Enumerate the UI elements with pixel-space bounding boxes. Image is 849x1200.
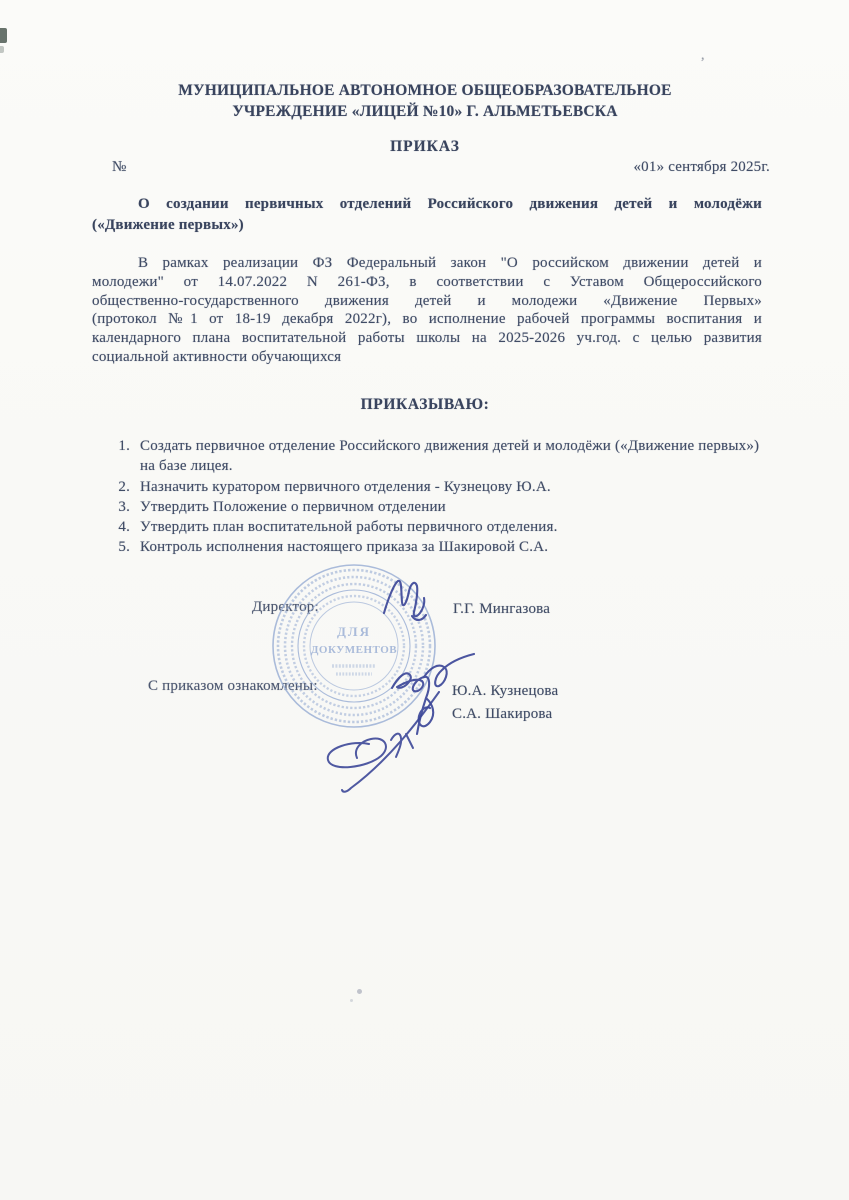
order-item-4: Утвердить план воспитательной работы пер… [134, 517, 764, 537]
director-handwritten-signature [381, 577, 437, 625]
scan-speck-small [350, 999, 353, 1002]
order-subject-line2: («Движение первых») [92, 215, 762, 236]
stamp-tiny-digits [332, 666, 376, 674]
preamble-line: В рамках реализации ФЗ Федеральный закон… [92, 254, 762, 273]
order-item-5: Контроль исполнения настоящего приказа з… [134, 537, 764, 557]
preamble-line: (протокол №1 от 18-19 декабря 2022г), во… [92, 310, 762, 329]
order-subject-line1: О создании первичных отделений Российско… [92, 194, 762, 215]
order-subject: О создании первичных отделений Российско… [92, 194, 762, 236]
preamble-line: общественно-государственного движения де… [92, 292, 762, 311]
preamble-line: социальной активности обучающихся [92, 348, 762, 367]
org-name-line2: УЧРЕЖДЕНИЕ «ЛИЦЕЙ №10» Г. АЛЬМЕТЬЕВСКА [90, 101, 760, 122]
order-number-label: № [112, 158, 127, 177]
scanned-order-document: , МУНИЦИПАЛЬНОЕ АВТОНОМНОЕ ОБЩЕОБРАЗОВАТ… [0, 0, 849, 1200]
order-items-list: Создать первичное отделение Российского … [102, 436, 764, 558]
preamble-line: молодежи" от 14.07.2022 N 261-ФЗ, в соот… [92, 273, 762, 292]
order-preamble: В рамках реализации ФЗ Федеральный закон… [92, 254, 762, 367]
org-name-line1: МУНИЦИПАЛЬНОЕ АВТОНОМНОЕ ОБЩЕОБРАЗОВАТЕЛ… [90, 80, 760, 101]
document-type-title: ПРИКАЗ [90, 137, 760, 156]
order-item-2: Назначить куратором первичного отделения… [134, 477, 764, 497]
stamp-text-line1: ДЛЯ [337, 624, 371, 639]
order-item-3: Утвердить Положение о первичном отделени… [134, 497, 764, 517]
scan-edge-mark-faint [0, 46, 4, 53]
resolution-heading: ПРИКАЗЫВАЮ: [90, 395, 760, 414]
order-date: «01» сентября 2025г. [633, 158, 770, 177]
org-name-header: МУНИЦИПАЛЬНОЕ АВТОНОМНОЕ ОБЩЕОБРАЗОВАТЕЛ… [90, 80, 760, 122]
stray-comma-mark: , [701, 46, 705, 65]
scan-edge-mark [0, 28, 7, 43]
director-name: Г.Г. Мингазова [453, 600, 550, 619]
preamble-line: календарного плана воспитательной работы… [92, 329, 762, 348]
order-item-1: Создать первичное отделение Российского … [134, 436, 764, 477]
scan-speck [357, 989, 362, 994]
shakirova-handwritten-signature [305, 686, 445, 798]
stamp-text-line2: ДОКУМЕНТОВ [311, 644, 397, 656]
